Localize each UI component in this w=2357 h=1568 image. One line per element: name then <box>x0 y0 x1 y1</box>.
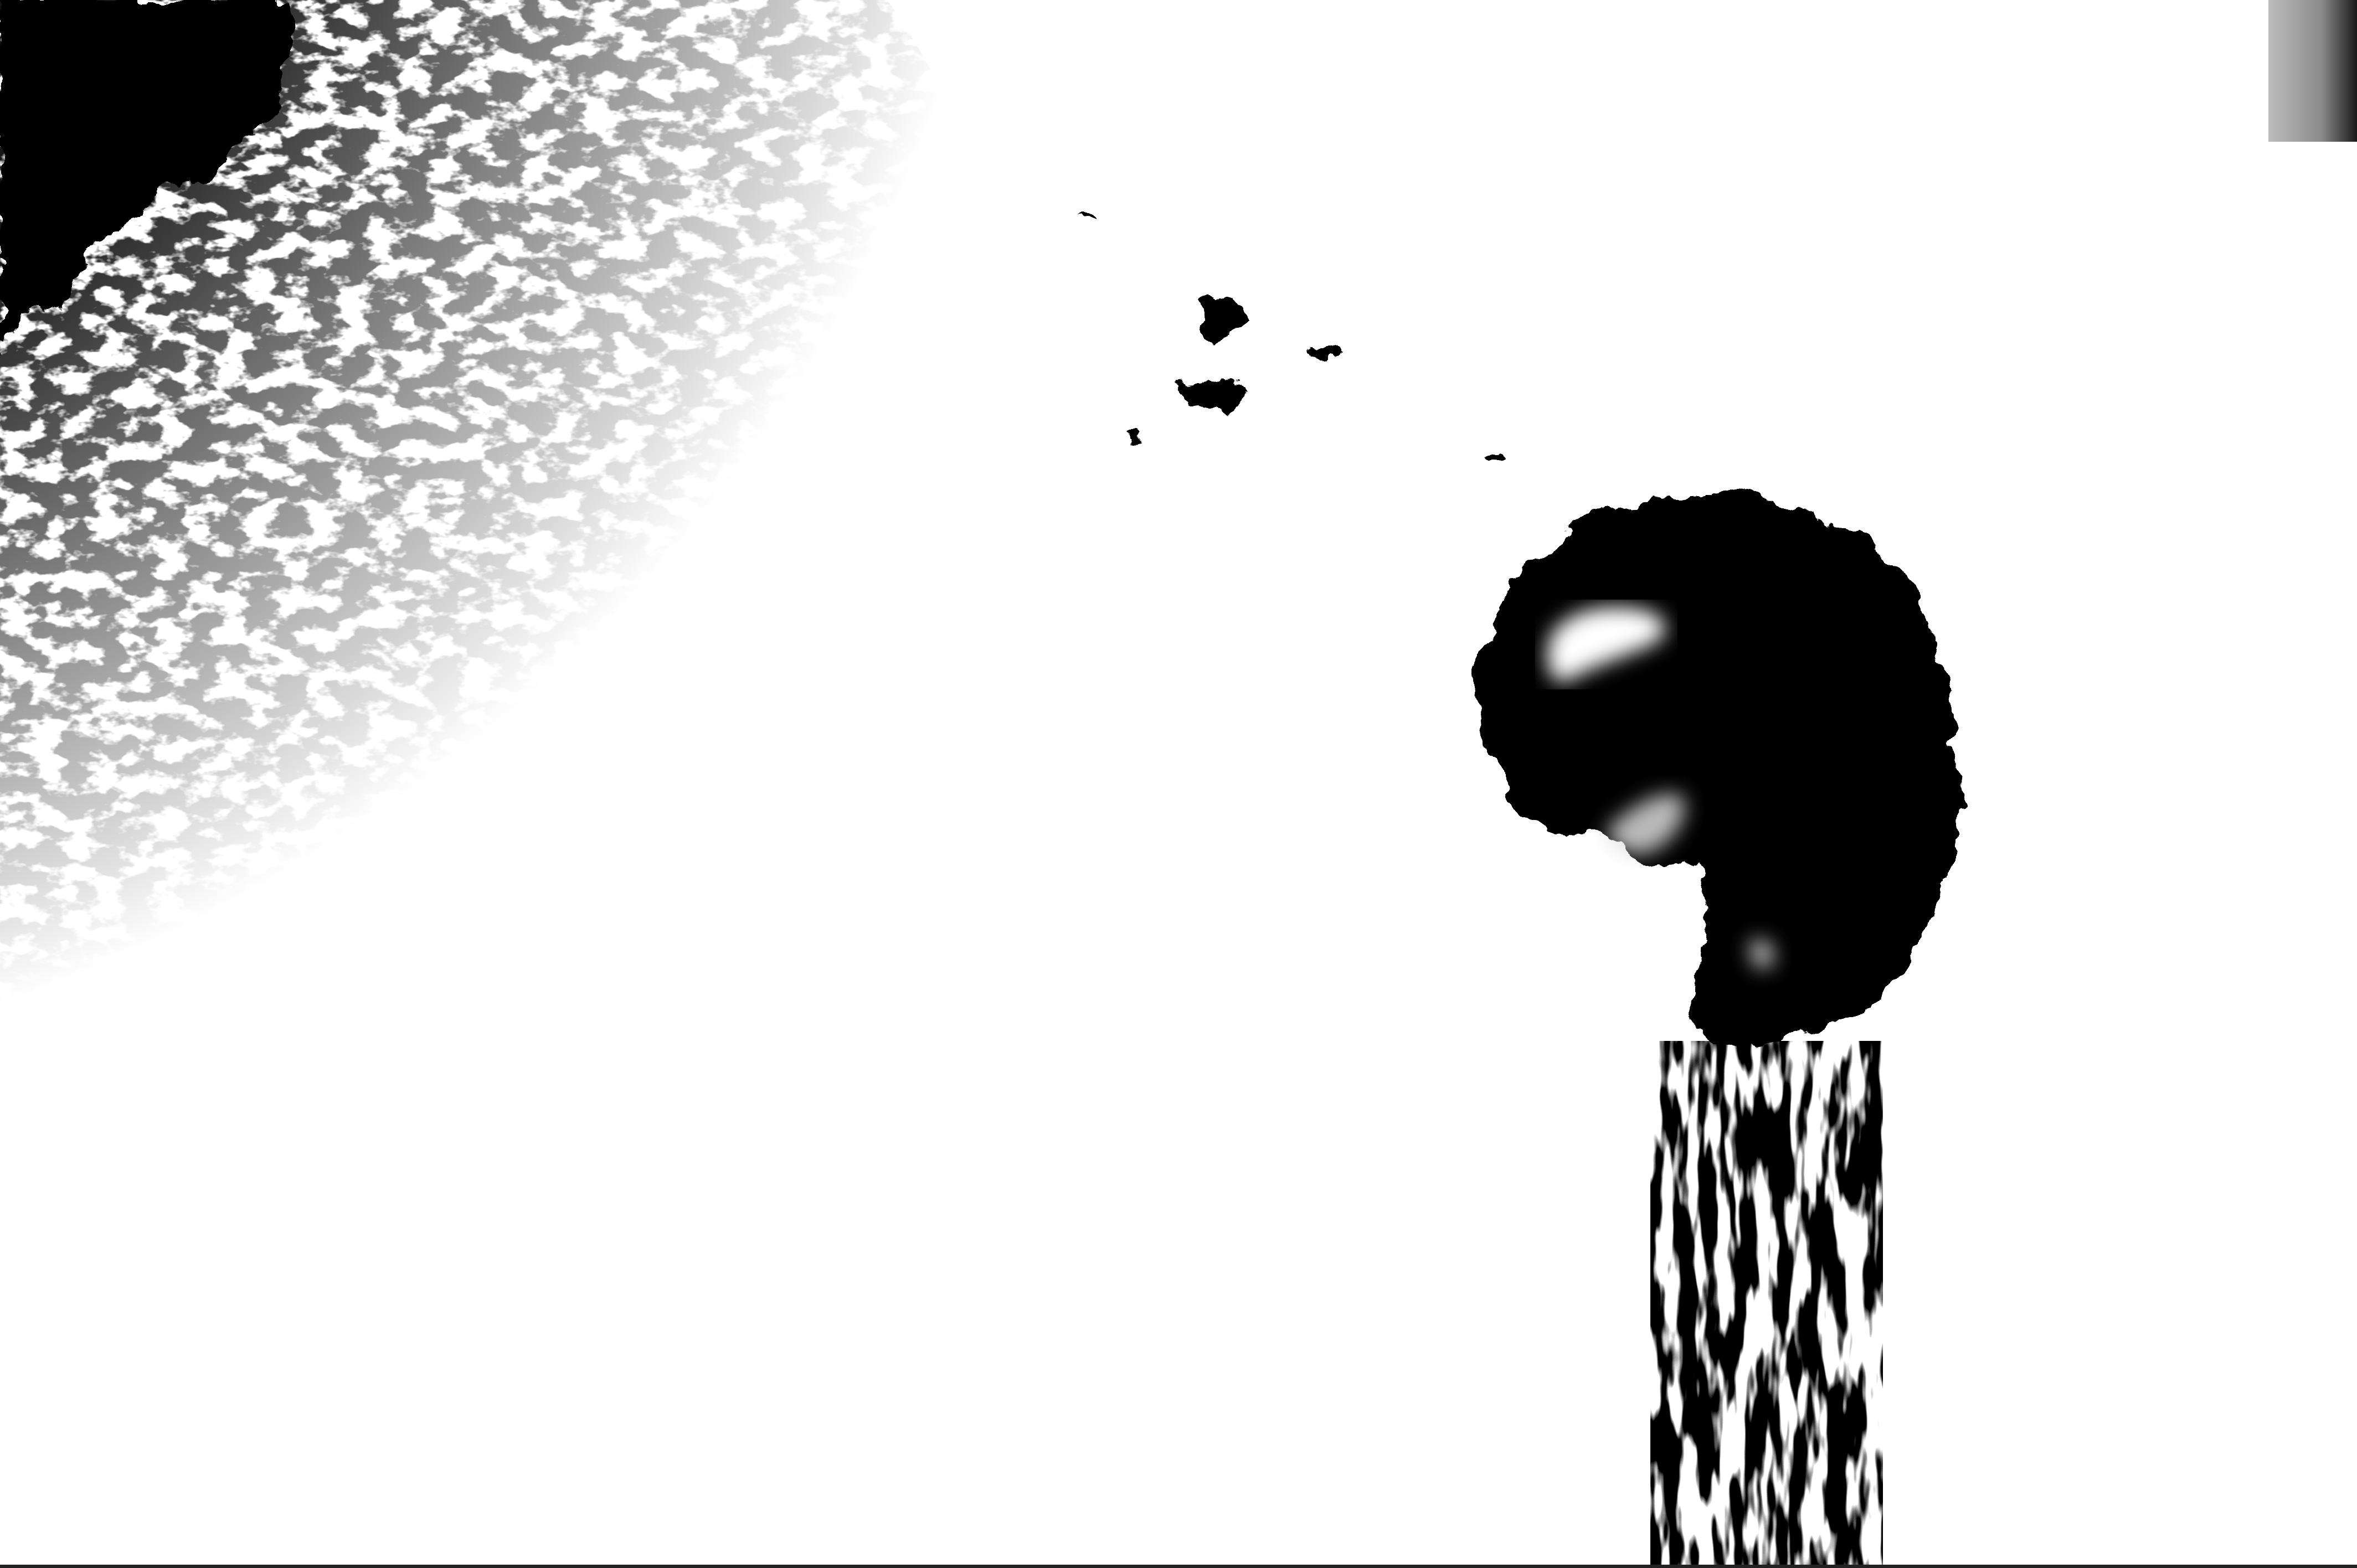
natural-image-scene <box>0 0 2357 1568</box>
speckle-trail <box>1650 1041 1883 1568</box>
scene-svg <box>0 0 2357 1568</box>
gray-corner-patch <box>2268 0 2357 142</box>
bottom-edge <box>0 1565 2357 1568</box>
